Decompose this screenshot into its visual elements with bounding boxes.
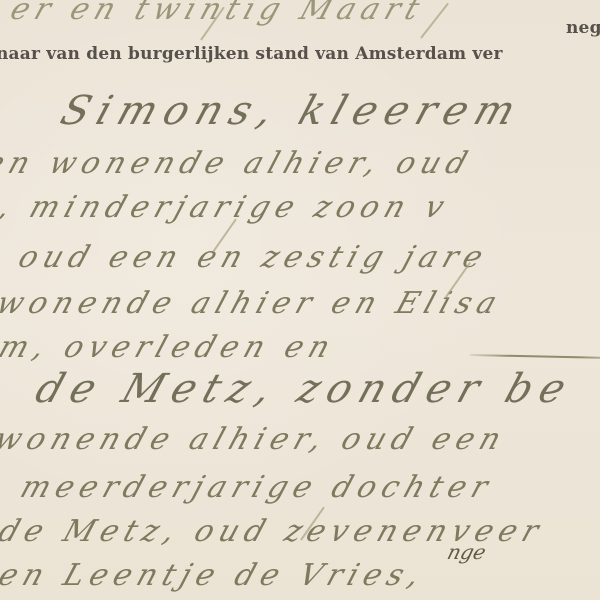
pen-stroke — [420, 3, 449, 39]
document-scan: er en twintig Maart neg naar van den bur… — [0, 0, 600, 600]
handwritten-line: de Metz, zonder be — [30, 366, 579, 412]
handwritten-surname: Simons, kleerem — [55, 88, 529, 134]
handwritten-line: en wonende alhier, oud — [0, 146, 477, 181]
handwritten-line: , minderjarige zoon v — [0, 190, 454, 225]
strike-line — [470, 354, 600, 359]
handwritten-line: m, overleden en — [0, 330, 340, 365]
handwritten-line: oud een en zestig jare — [14, 240, 493, 275]
printed-text-fragment: neg — [566, 18, 600, 38]
margin-annotation: nge — [445, 540, 489, 564]
handwritten-line: meerderjarige dochter — [16, 470, 498, 505]
handwritten-line: en Leentje de Vries, — [0, 558, 430, 593]
handwritten-line: wonende alhier en Elisa — [0, 286, 507, 321]
printed-form-line: naar van den burgerlijken stand van Amst… — [0, 44, 503, 64]
handwritten-line: wonende alhier, oud een — [0, 422, 511, 457]
